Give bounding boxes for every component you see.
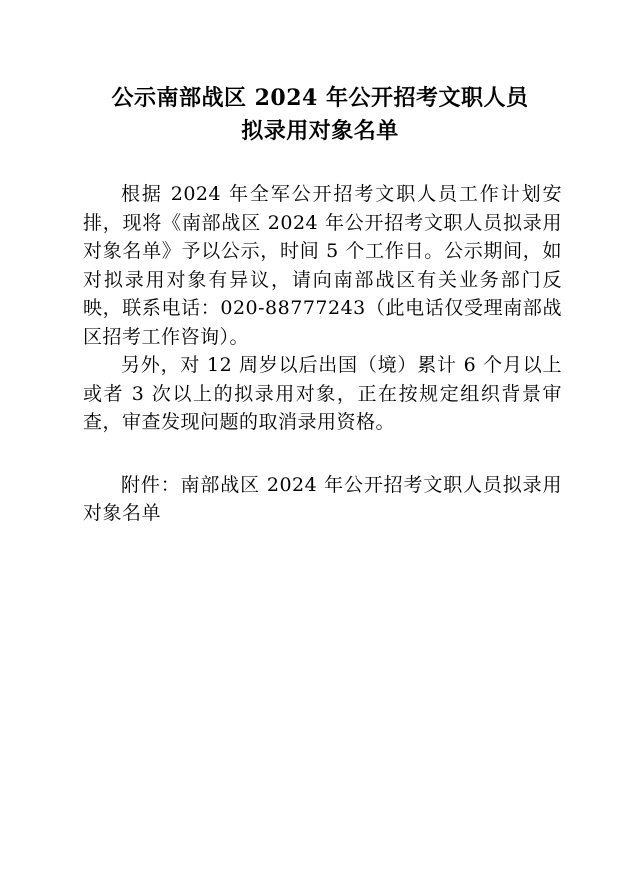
title-line-2: 拟录用对象名单	[241, 118, 399, 144]
paragraph-notice: 根据 2024 年全军公开招考文职人员工作计划安排，现将《南部战区 2024 年…	[83, 180, 562, 351]
paragraph-background-check: 另外，对 12 周岁以后出国（境）累计 6 个月以上或者 3 次以上的拟录用对象…	[83, 351, 562, 437]
title-line-1: 公示南部战区 2024 年公开招考文职人员	[111, 85, 528, 111]
attachment-line: 附件：南部战区 2024 年公开招考文职人员拟录用对象名单	[83, 471, 562, 528]
document-body: 根据 2024 年全军公开招考文职人员工作计划安排，现将《南部战区 2024 年…	[83, 180, 562, 528]
document-page: 公示南部战区 2024 年公开招考文职人员 拟录用对象名单 根据 2024 年全…	[0, 0, 640, 871]
document-title: 公示南部战区 2024 年公开招考文职人员 拟录用对象名单	[0, 0, 640, 148]
